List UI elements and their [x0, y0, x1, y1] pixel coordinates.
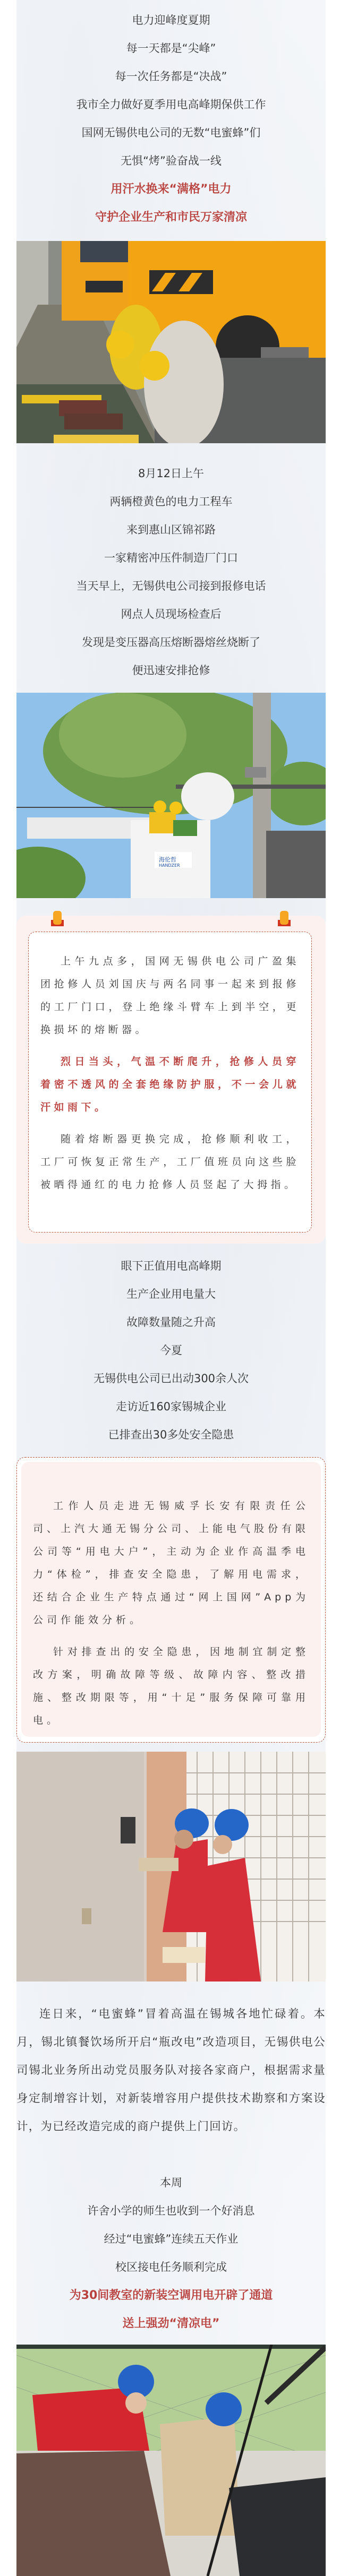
card-tab-right-icon: [278, 911, 291, 927]
story-section: 8月12日上午 两辆橙黄色的电力工程车 来到惠山区锦祁路 一家精密冲压件制造厂门…: [16, 460, 326, 685]
closing-line: 经过“电蜜蜂”连续五天作业: [16, 2225, 326, 2253]
stats-line: 眼下正值用电高峰期: [16, 1252, 326, 1280]
closing-line: 本周: [16, 2169, 326, 2197]
story-line: 发现是变压器高压熔断器熔丝烧断了: [16, 628, 326, 657]
stats-line: 走访近160家锡城企业: [16, 1393, 326, 1421]
intro-highlight-line: 用汗水换来“满格”电力: [16, 175, 326, 203]
story-line: 网点人员现场检查后: [16, 600, 326, 628]
card-tab-left-icon: [51, 911, 64, 927]
svg-text:海伦哲: 海伦哲: [159, 856, 176, 863]
enterprise-checkup-card: 工作人员走进无锡威孚长安有限责任公司、上汽大通无锡分公司、上能电气股份有限公司等…: [16, 1457, 326, 1743]
intro-line: 国网无锡供电公司的无数“电蜜蜂”们: [16, 119, 326, 147]
repair-story-card: 上午九点多，国网无锡供电公司广盈集团抢修人员刘国庆与两名同事一起来到报修的工厂门…: [16, 916, 326, 1244]
card-paragraph: 上午九点多，国网无锡供电公司广盈集团抢修人员刘国庆与两名同事一起来到报修的工厂门…: [40, 950, 300, 1041]
closing-line: 校区接电任务顺利完成: [16, 2253, 326, 2281]
story-line: 来到惠山区锦祁路: [16, 516, 326, 544]
story-line: 一家精密冲压件制造厂门口: [16, 544, 326, 572]
repair-story-dashed-box: 上午九点多，国网无锡供电公司广盈集团抢修人员刘国庆与两名同事一起来到报修的工厂门…: [28, 932, 312, 1233]
intro-line: 无惧“烤”验奋战一线: [16, 147, 326, 175]
photo-indoor-breaker-inspection: [16, 1752, 326, 1981]
stats-section: 眼下正值用电高峰期 生产企业用电量大 故障数量随之升高 今夏 无锡供电公司已出动…: [16, 1252, 326, 1449]
intro-line: 每一次任务都是“决战”: [16, 63, 326, 91]
photo-workers-preparing-gear: [16, 241, 326, 443]
story-line: 便迅速安排抢修: [16, 657, 326, 685]
card-paragraph: 针对排查出的安全隐患，因地制宜制定整改方案，明确故障等级、故障内容、整改措施、整…: [33, 1641, 309, 1732]
card-emphasis-paragraph: 烈日当头，气温不断爬升，抢修人员穿着密不透风的全套绝缘防护服，不一会儿就汗如雨下…: [40, 1050, 300, 1119]
intro-line: 每一天都是“尖峰”: [16, 35, 326, 63]
closing-line: 许舍小学的师生也收到一个好消息: [16, 2197, 326, 2225]
story-line: 8月12日上午: [16, 460, 326, 488]
intro-highlight-line: 守护企业生产和市民万家清凉: [16, 203, 326, 231]
intro-line: 电力迎峰度夏期: [16, 6, 326, 35]
stats-line: 已排查出30多处安全隐患: [16, 1421, 326, 1449]
photo-bucket-truck-repair: 海伦哲 HANDZER: [16, 693, 326, 898]
card-paragraph: 随着熔断器更换完成，抢修顺利收工，工厂可恢复正常生产，工厂值班员向这些脸被晒得通…: [40, 1128, 300, 1196]
closing-section: 本周 许舍小学的师生也收到一个好消息 经过“电蜜蜂”连续五天作业 校区接电任务顺…: [16, 2169, 326, 2338]
story-line: 当天早上，无锡供电公司接到报修电话: [16, 572, 326, 600]
svg-text:HANDZER: HANDZER: [159, 863, 180, 868]
intro-line: 我市全力做好夏季用电高峰期保供工作: [16, 91, 326, 119]
stats-line: 今夏: [16, 1337, 326, 1365]
closing-highlight-line: 送上强劲“清凉电”: [16, 2310, 326, 2338]
stats-line: 故障数量随之升高: [16, 1308, 326, 1337]
stats-line: 无锡供电公司已出动300余人次: [16, 1365, 326, 1393]
closing-paragraph: 连日来，“电蜜蜂”冒着高温在锡城各地忙碌着。本月，锡北镇餐饮场所开启“瓶改电”改…: [16, 2000, 326, 2141]
stats-line: 生产企业用电量大: [16, 1280, 326, 1308]
intro-section: 电力迎峰度夏期 每一天都是“尖峰” 每一次任务都是“决战” 我市全力做好夏季用电…: [16, 6, 326, 231]
photo-school-cable-work: [16, 2345, 326, 2576]
enterprise-checkup-fill: 工作人员走进无锡威孚长安有限责任公司、上汽大通无锡分公司、上能电气股份有限公司等…: [21, 1462, 321, 1737]
closing-highlight-line: 为30间教室的新装空调用电开辟了通道: [16, 2281, 326, 2310]
story-line: 两辆橙黄色的电力工程车: [16, 488, 326, 516]
card-paragraph: 工作人员走进无锡威孚长安有限责任公司、上汽大通无锡分公司、上能电气股份有限公司等…: [33, 1495, 309, 1632]
